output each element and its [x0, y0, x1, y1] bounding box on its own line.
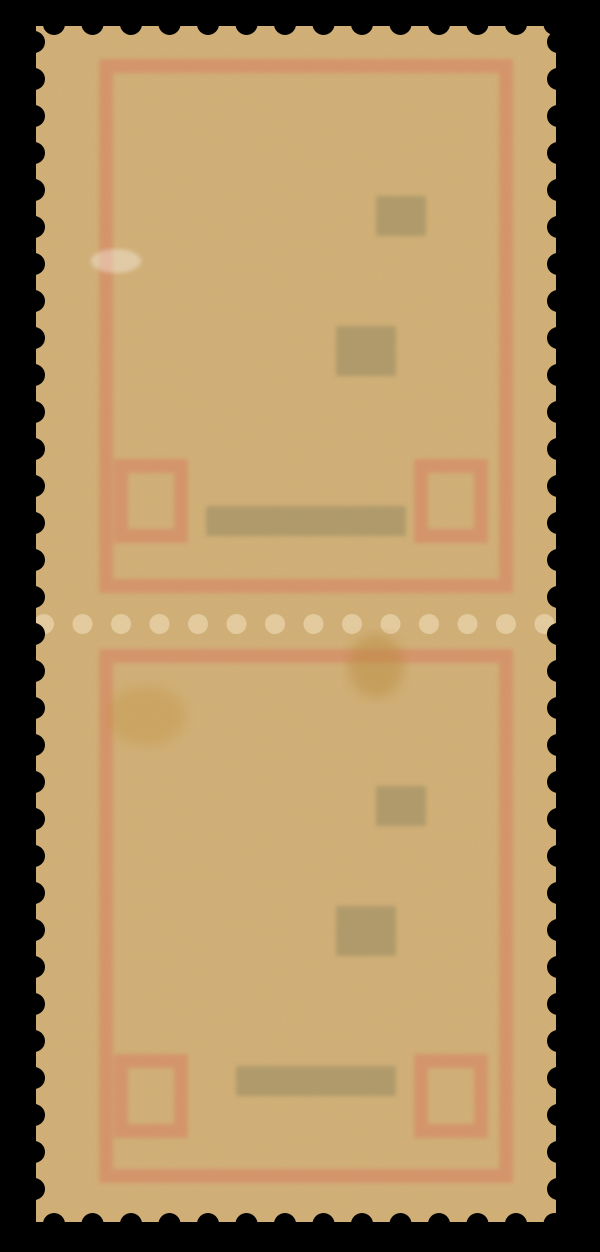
- image-description: Reverse side of a vertical pair of perfo…: [0, 0, 1, 1]
- stamp-pair: [36, 26, 556, 1222]
- stamp-pair-back: [36, 26, 556, 1222]
